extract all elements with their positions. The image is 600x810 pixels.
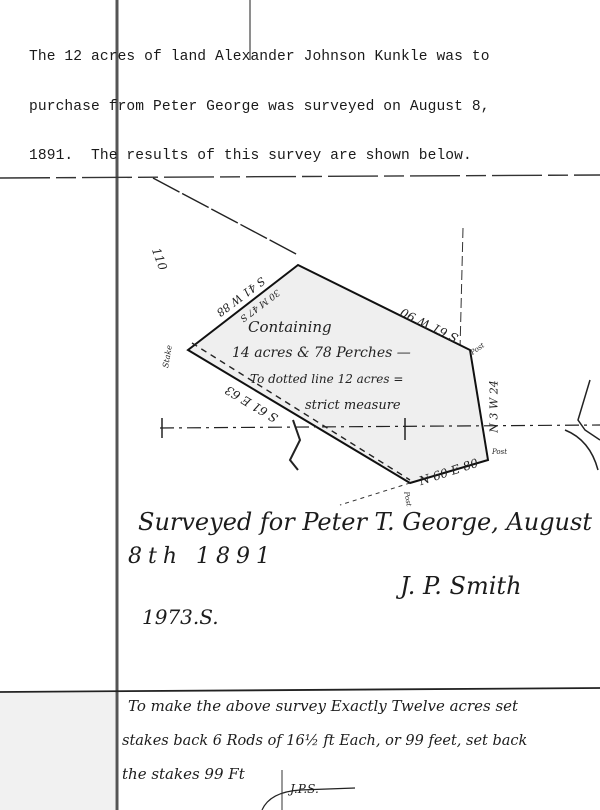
adjoining-line <box>153 178 298 255</box>
area-total-label: 14 acres & 78 Perches — <box>232 345 411 361</box>
shaded-corner <box>0 693 115 810</box>
reference-number: 1973.S. <box>142 605 219 629</box>
header-line: purchase from Peter George was surveyed … <box>29 99 490 116</box>
typed-header: The 12 acres of land Alexander Johnson K… <box>29 16 490 181</box>
surveyor-signature: J. P. Smith <box>400 572 522 600</box>
header-line: 1891. The results of this survey are sho… <box>29 148 490 165</box>
containing-label: Containing <box>248 318 332 336</box>
header-line: The 12 acres of land Alexander Johnson K… <box>29 49 490 66</box>
note-line: stakes back 6 Rods of 16½ ft Each, or 99… <box>122 733 527 749</box>
survey-date: 8th 1891 <box>128 544 276 569</box>
surveyed-for-text: Surveyed for Peter T. George, August <box>138 508 592 536</box>
initials: J.P.S. <box>290 782 319 796</box>
bearing-east: N 3 W 24 <box>488 380 501 432</box>
note-line: the stakes 99 Ft <box>122 765 245 783</box>
note-line: To make the above survey Exactly Twelve … <box>128 697 518 715</box>
corner-label-southeast: Post <box>492 448 507 456</box>
horizontal-fold-line-lower <box>0 688 600 692</box>
dotted-line-area-label: To dotted line 12 acres = <box>250 372 403 386</box>
right-edge-mark <box>578 380 600 440</box>
extension-line <box>340 483 410 505</box>
strict-measure-label: strict measure <box>305 398 401 413</box>
